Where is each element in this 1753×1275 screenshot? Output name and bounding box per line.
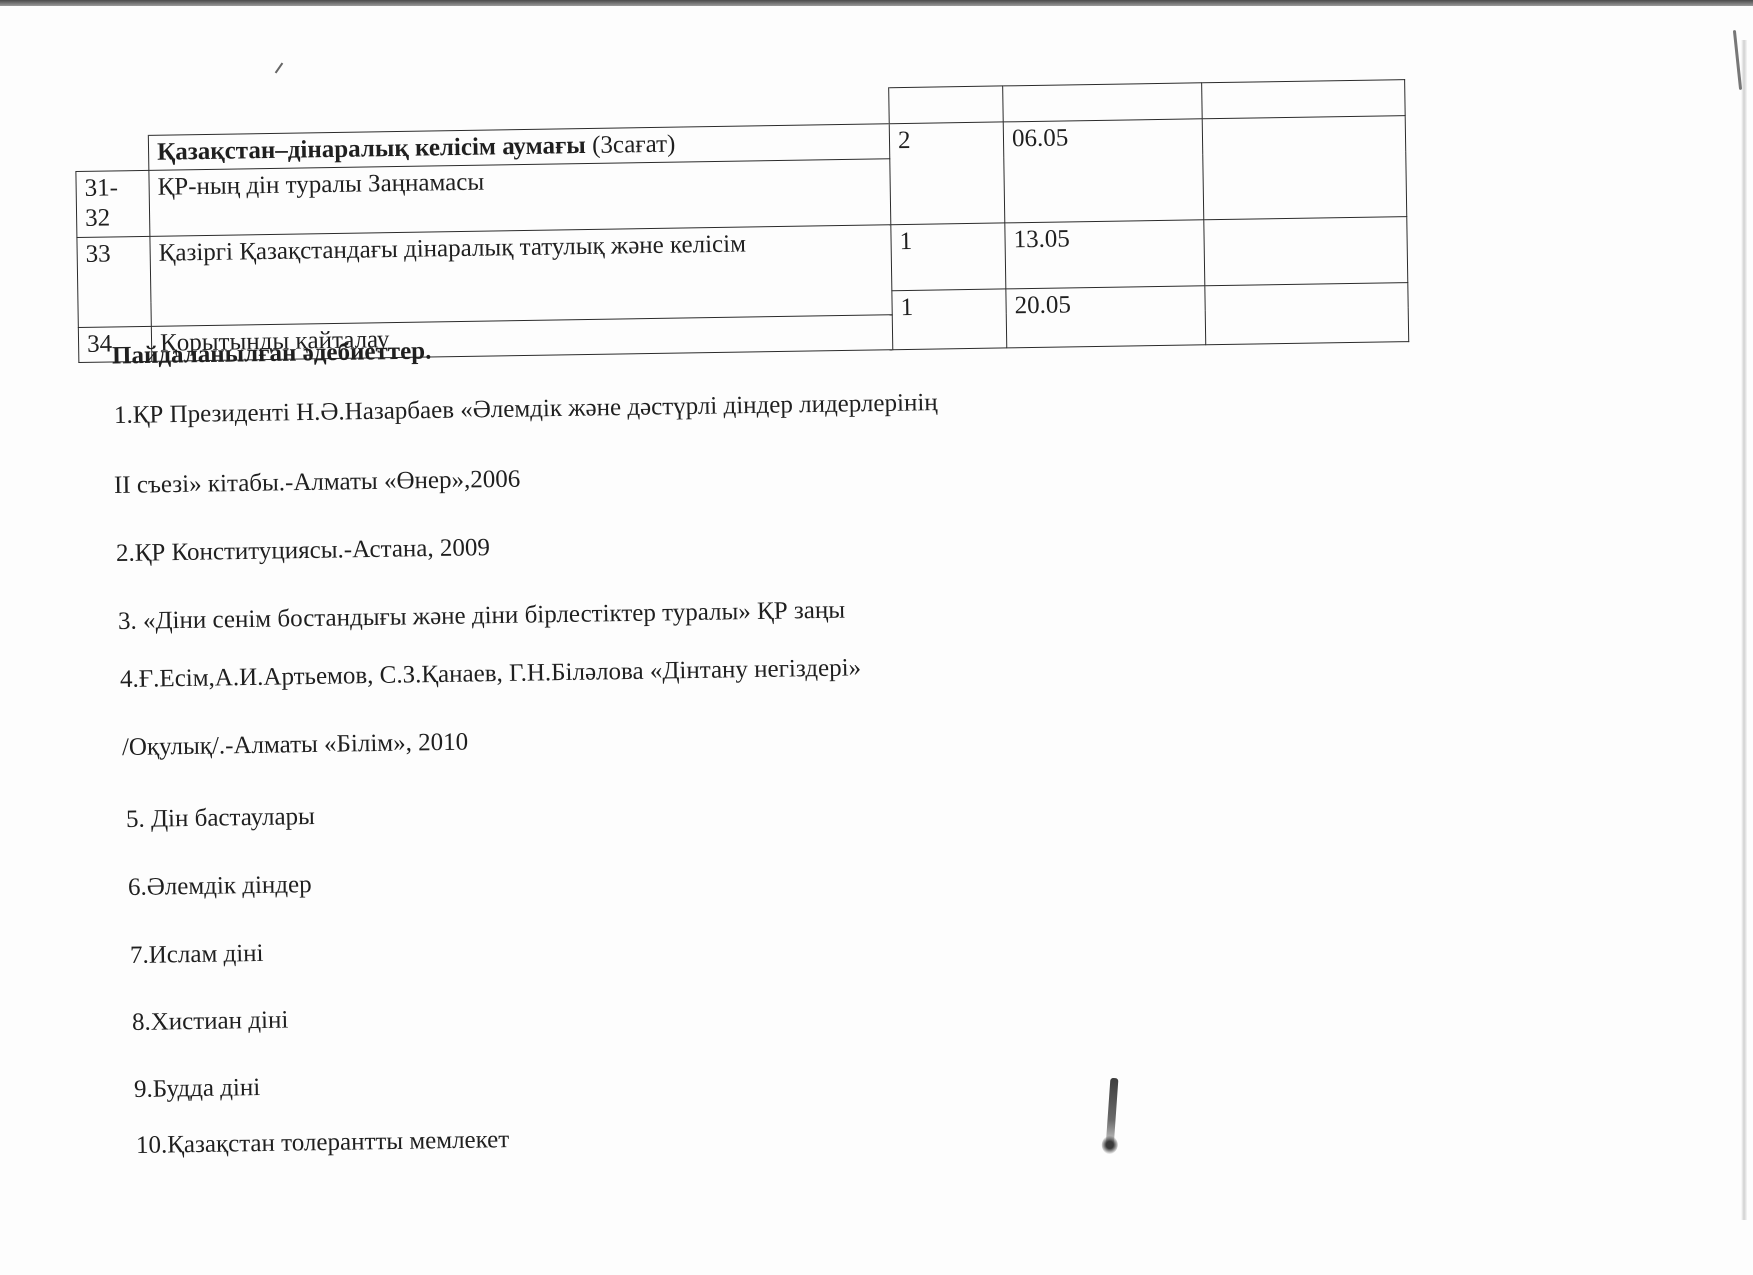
row-number: 34 xyxy=(78,326,152,362)
row-note xyxy=(1205,283,1409,345)
hours-cell xyxy=(889,86,1004,124)
row-hours: 1 xyxy=(891,223,1006,291)
row-date: 20.05 xyxy=(1006,286,1206,348)
reference-item: 5. Дін бастаулары xyxy=(126,803,315,834)
row-number: 33 xyxy=(77,236,151,327)
row-hours: 2 xyxy=(889,122,1005,225)
row-topic: Қазіргі Қазақстандағы дінаралық татулық … xyxy=(150,225,892,327)
reference-item: 6.Әлемдік діндер xyxy=(128,871,312,902)
reference-item: 4.Ғ.Есім,А.И.Артьемов, С.З.Қанаев, Г.Н.Б… xyxy=(120,654,861,694)
row-topic: ҚР-ның дін туралы Заңнамасы xyxy=(149,159,891,237)
reference-item: 8.Хистиан діні xyxy=(132,1007,289,1037)
reference-item: /Оқулық/.-Алматы «Білім», 2010 xyxy=(122,729,469,762)
ink-blot xyxy=(1106,1078,1119,1148)
row-date: 13.05 xyxy=(1005,220,1205,289)
row-note xyxy=(1202,116,1407,220)
reference-item: 3. «Діни сенім бостандығы және діни бірл… xyxy=(118,597,845,636)
lesson-plan-table: Қазақстан–дінаралық келісім аумағы (3сағ… xyxy=(74,79,1408,338)
reference-item: 2.ҚР Конституциясы.-Астана, 2009 xyxy=(116,534,490,568)
section-title-text: Қазақстан–дінаралық келісім аумағы xyxy=(157,132,586,166)
row-number: 31- 32 xyxy=(76,170,150,237)
reference-item: 9.Будда діні xyxy=(134,1074,261,1104)
section-hours: (3сағат) xyxy=(592,131,676,159)
row-hours: 1 xyxy=(892,289,1007,350)
reference-item: 7.Ислам діні xyxy=(130,940,264,970)
reference-item: 1.ҚР Президенті Н.Ә.Назарбаев «Әлемдік ж… xyxy=(114,389,938,430)
note-cell xyxy=(1202,80,1406,119)
reference-item: 10.Қазақстан толерантты мемлекет xyxy=(136,1126,510,1160)
scan-edge-top xyxy=(0,0,1753,6)
date-cell xyxy=(1003,83,1203,122)
scan-edge-right xyxy=(1741,40,1747,1220)
reference-item: ІІ съезі» кітабы.-Алматы «Өнер»,2006 xyxy=(114,466,521,500)
row-note xyxy=(1204,217,1408,286)
row-date: 06.05 xyxy=(1003,119,1204,223)
scan-speck xyxy=(275,63,284,74)
